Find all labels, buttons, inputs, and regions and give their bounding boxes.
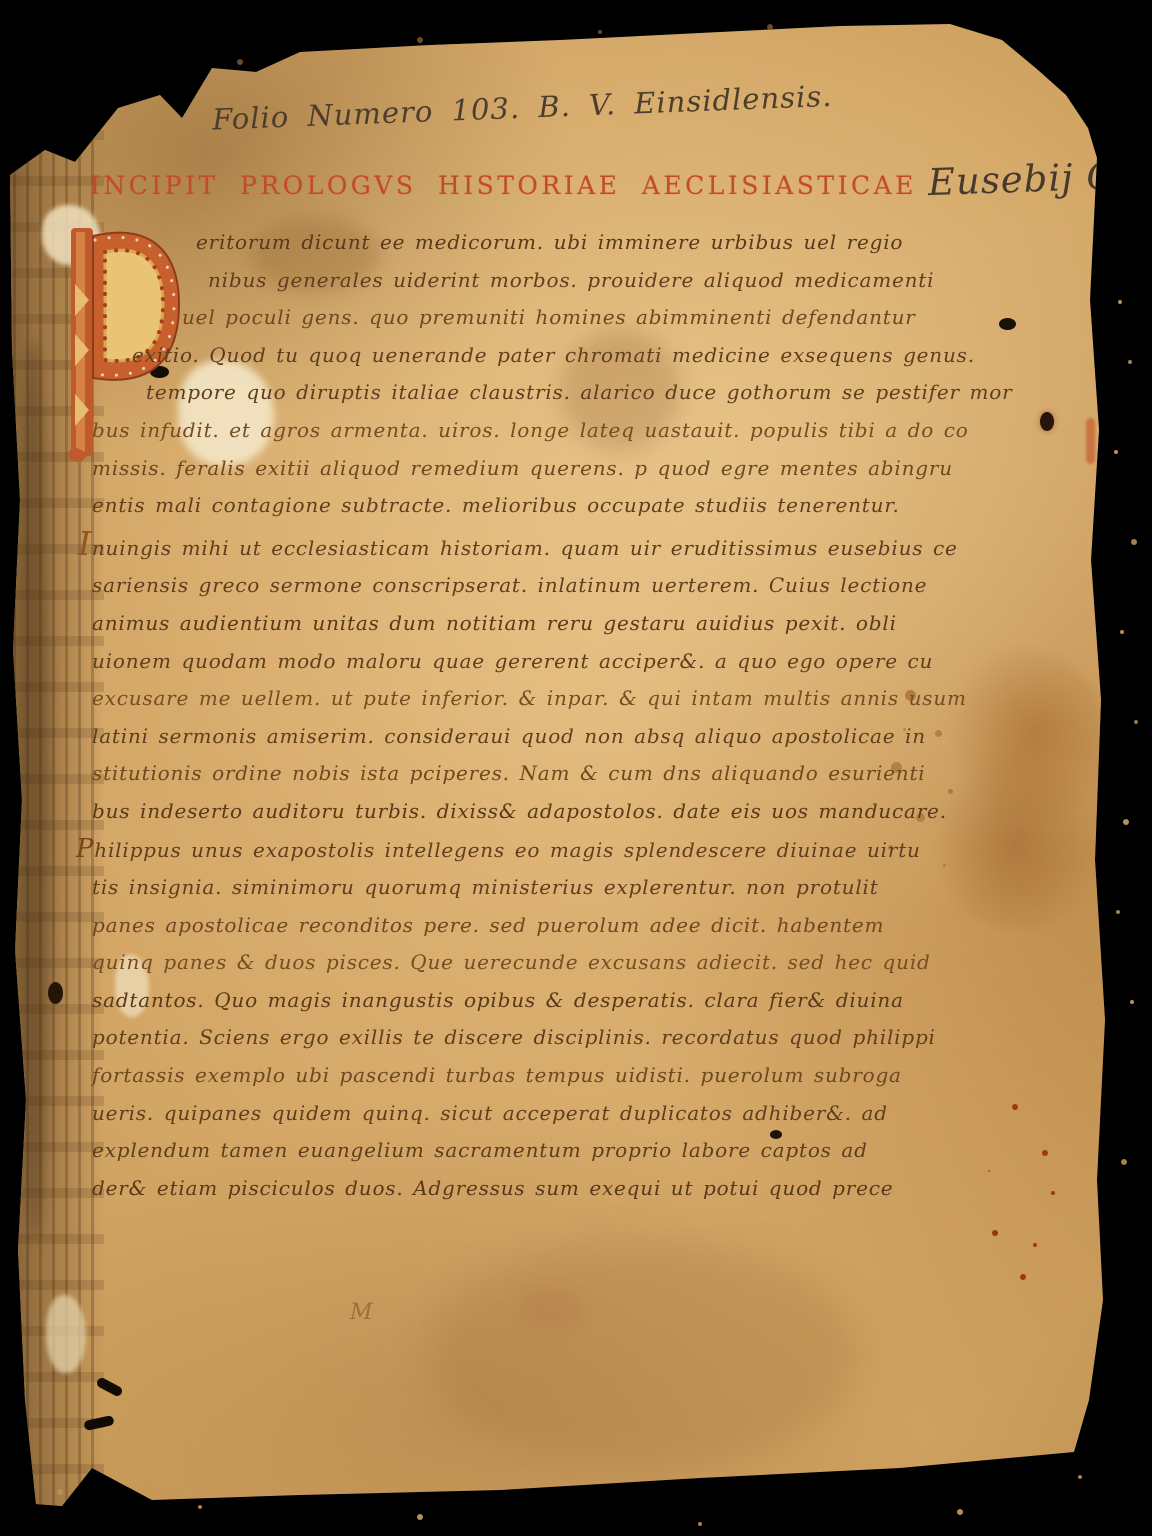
text-line: ueris. quipanes quidem quinq. sicut acce…: [92, 1095, 864, 1133]
folio-annotation: Folio Numero 103. B. V. Einsidlensis.: [212, 77, 873, 136]
text-line: tis insignia. siminimoru quorumq ministe…: [92, 869, 864, 907]
text-line: excusare me uellem. ut pute inferior. & …: [92, 680, 864, 718]
text-line: tempore quo diruptis italiae claustris. …: [92, 374, 864, 412]
stain: [520, 1288, 584, 1330]
text-line: sadtantos. Quo magis inangustis opibus &…: [92, 982, 864, 1020]
manuscript-photo: Folio Numero 103. B. V. Einsidlensis. 1 …: [0, 0, 1152, 1536]
text-line: stitutionis ordine nobis ista pciperes. …: [92, 755, 864, 793]
text-line: uel poculi gens. quo premuniti homines a…: [92, 299, 864, 337]
text-line: bus indeserto auditoru turbis. dixiss& a…: [92, 793, 864, 831]
text-line: eritorum dicunt ee medicorum. ubi immine…: [92, 224, 864, 262]
text-line: explendum tamen euangelium sacramentum p…: [92, 1132, 864, 1170]
stain: [430, 1240, 860, 1470]
rubric-line: INCIPIT PROLOGVS HISTORIAE AECLISIASTICA…: [90, 160, 1110, 203]
text-line: nibus generales uiderint morbos. prouide…: [92, 262, 864, 300]
page-number: 1: [1079, 45, 1101, 76]
ink-blot: [999, 318, 1016, 330]
text-line: bus infudit. et agros armenta. uiros. lo…: [92, 412, 864, 450]
text-line: missis. feralis exitii aliquod remedium …: [92, 450, 864, 488]
text-line: animus audientium unitas dum notitiam re…: [92, 605, 864, 643]
text-line: potentia. Sciens ergo exillis te discere…: [92, 1019, 864, 1057]
ink-blot: [1040, 412, 1054, 431]
debris-specks: [1118, 300, 1122, 304]
red-specks: [1012, 1104, 1018, 1110]
text-line: panes apostolicae reconditos pere. sed p…: [92, 907, 864, 945]
parchment-page: Folio Numero 103. B. V. Einsidlensis. 1 …: [0, 0, 1152, 1536]
text-line: exitio. Quod tu quoq uenerande pater chr…: [92, 337, 864, 375]
red-dribble: [1086, 418, 1095, 464]
incipit-rubric: INCIPIT PROLOGVS HISTORIAE AECLISIASTICA…: [90, 171, 917, 200]
text-line: latini sermonis amiserim. consideraui qu…: [92, 718, 864, 756]
manuscript-text: eritorum dicunt ee medicorum. ubi immine…: [92, 224, 864, 1207]
text-line: fortassis exemplo ubi pascendi turbas te…: [92, 1057, 864, 1095]
text-line: entis mali contagione subtracte. meliori…: [92, 487, 864, 525]
text-line: der& etiam pisciculos duos. Adgressus su…: [92, 1170, 864, 1208]
text-line: Philippus unus exapostolis intellegens e…: [92, 831, 864, 870]
text-line: uionem quodam modo maloru quae gererent …: [92, 643, 864, 681]
author-annotation: Eusebij Cæsar.: [927, 151, 1152, 204]
text-line: sariensis greco sermone conscripserat. i…: [92, 567, 864, 605]
offset-mark: M: [350, 1300, 373, 1325]
text-line: quinq panes & duos pisces. Que uerecunde…: [92, 944, 864, 982]
text-line: Inuingis mihi ut ecclesiasticam historia…: [92, 525, 864, 568]
